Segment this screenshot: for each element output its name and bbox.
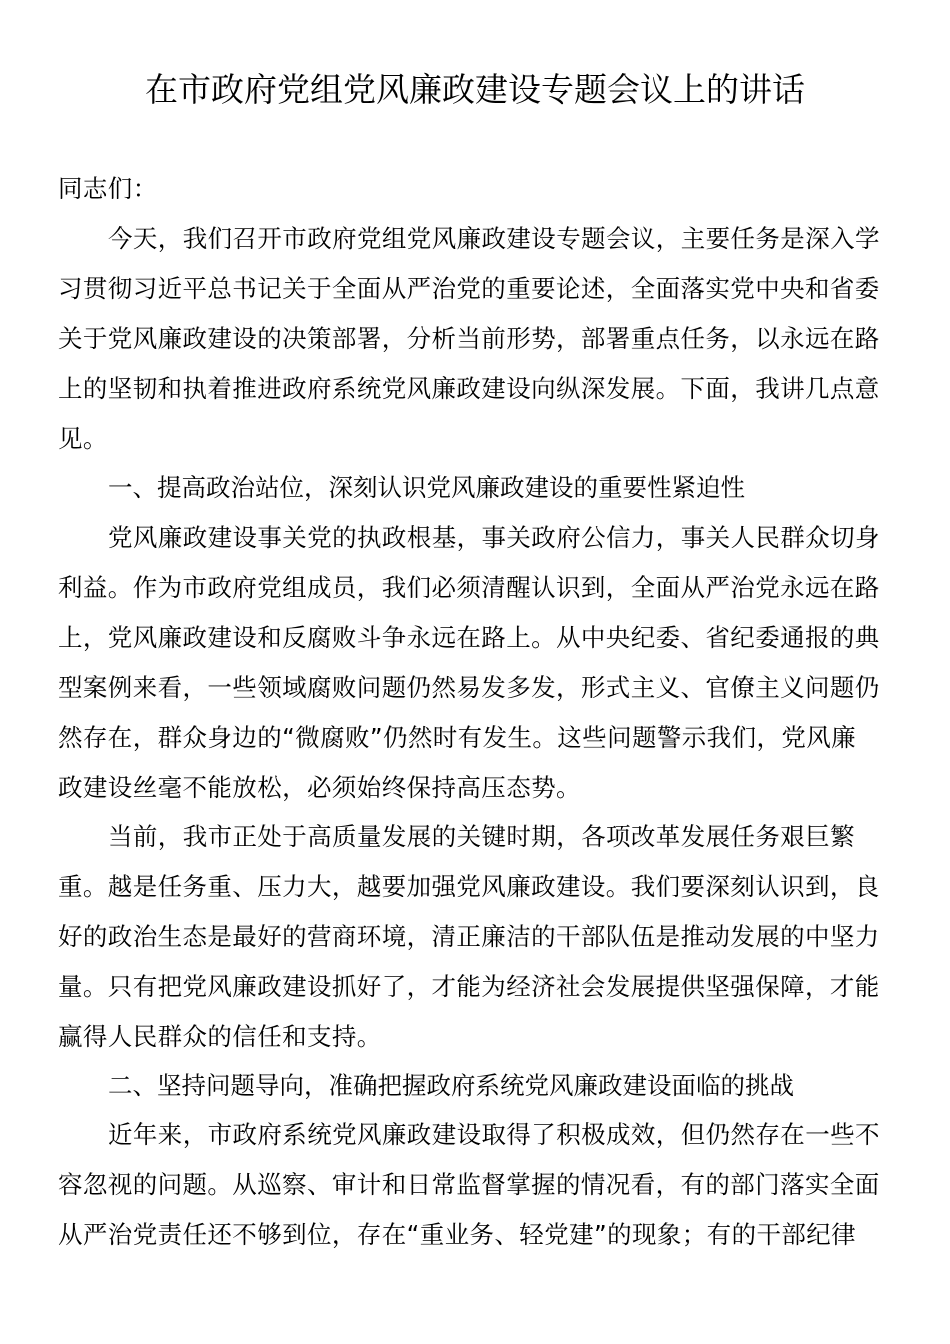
paragraph-line: 型案例来看，一些领域腐败问题仍然易发多发，形式主义、官僚主义问题仍 [58,671,880,705]
paragraph-line: 容忽视的问题。从巡察、审计和日常监督掌握的情况看，有的部门落实全面 [58,1168,880,1202]
paragraph-line: 好的政治生态是最好的营商环境，清正廉洁的干部队伍是推动发展的中坚力 [58,920,880,954]
paragraph-line: 党风廉政建设事关党的执政根基，事关政府公信力，事关人民群众切身 [108,521,880,555]
salutation: 同志们： [58,172,158,206]
paragraph-line: 当前，我市正处于高质量发展的关键时期，各项改革发展任务艰巨繁 [108,820,855,854]
paragraph-line: 今天，我们召开市政府党组党风廉政建设专题会议，主要任务是深入学 [108,222,880,256]
paragraph-line: 近年来，市政府系统党风廉政建设取得了积极成效，但仍然存在一些不 [108,1118,880,1152]
paragraph-line: 上的坚韧和执着推进政府系统党风廉政建设向纵深发展。下面，我讲几点意 [58,372,880,406]
paragraph-line: 上，党风廉政建设和反腐败斗争永远在路上。从中央纪委、省纪委通报的典 [58,621,880,655]
paragraph-line: 习贯彻习近平总书记关于全面从严治党的重要论述，全面落实党中央和省委 [58,272,880,306]
document-title: 在市政府党组党风廉政建设专题会议上的讲话 [0,66,950,114]
paragraph-line: 然存在，群众身边的“微腐败”仍然时有发生。这些问题警示我们，党风廉 [58,721,856,755]
paragraph-line: 赢得人民群众的信任和支持。 [58,1020,382,1054]
paragraph-line: 利益。作为市政府党组成员，我们必须清醒认识到，全面从严治党永远在路 [58,571,880,605]
section-heading-2: 二、坚持问题导向，准确把握政府系统党风廉政建设面临的挑战 [108,1069,794,1103]
document-page: 在市政府党组党风廉政建设专题会议上的讲话 同志们： 今天，我们召开市政府党组党风… [0,0,950,1344]
section-heading-1: 一、提高政治站位，深刻认识党风廉政建设的重要性紧迫性 [108,471,745,505]
paragraph-line: 政建设丝毫不能放松，必须始终保持高压态势。 [58,771,581,805]
paragraph-line: 量。只有把党风廉政建设抓好了，才能为经济社会发展提供坚强保障，才能 [58,970,880,1004]
paragraph-line: 重。越是任务重、压力大，越要加强党风廉政建设。我们要深刻认识到，良 [58,870,880,904]
paragraph-line: 从严治党责任还不够到位，存在“重业务、轻党建”的现象；有的干部纪律 [58,1218,856,1252]
paragraph-line: 关于党风廉政建设的决策部署，分析当前形势，部署重点任务，以永远在路 [58,322,880,356]
paragraph-line: 见。 [58,422,108,456]
